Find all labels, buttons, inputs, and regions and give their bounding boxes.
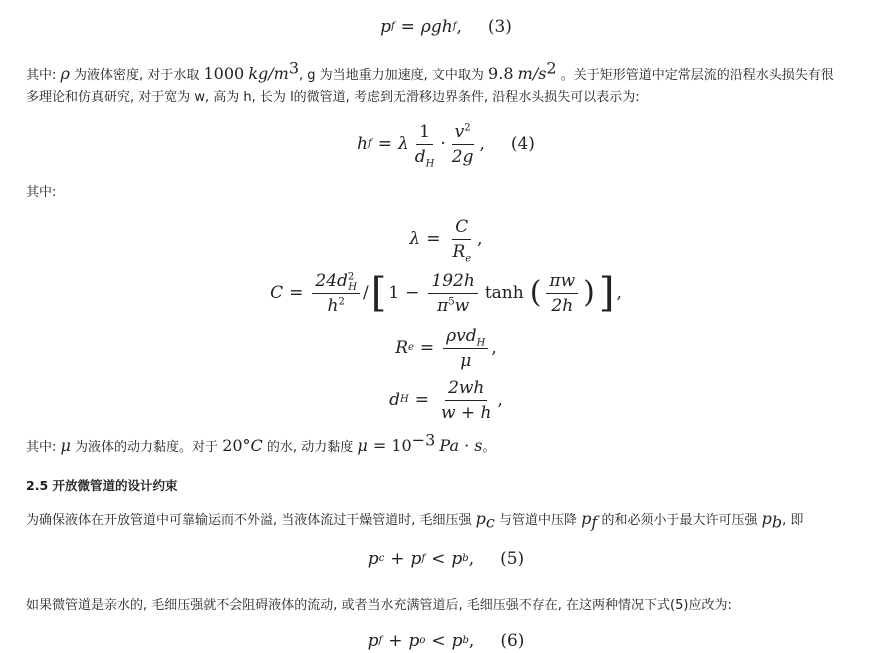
- water-density-value: 1000: [203, 64, 244, 83]
- subscript: f: [421, 553, 425, 564]
- numerator: 2wh: [445, 378, 487, 401]
- paragraph-hydrophilic: 如果微管道是亲水的, 毛细压强就不会阻碍液体的流动, 或者当水充满管道后, 毛细…: [26, 594, 886, 618]
- numerator: v2: [452, 122, 474, 145]
- r-symbol: R: [452, 242, 465, 262]
- one: 1: [388, 283, 399, 303]
- subscript: c: [486, 513, 495, 532]
- denominator-text: 2h: [551, 296, 573, 316]
- paragraph-where: 其中:: [26, 181, 886, 205]
- p-symbol: p: [411, 549, 422, 569]
- equation-4: hf = λ 1 dH · v2 2g , (4): [0, 118, 892, 170]
- equation-5: pc + pf < pb, (5): [0, 544, 892, 574]
- numerator: 24d2H: [312, 271, 360, 294]
- unit-exponent: 2: [546, 59, 556, 78]
- denominator: π5w: [434, 294, 472, 316]
- numerator: ρvdH: [443, 326, 488, 349]
- rho-symbol: ρ: [61, 64, 70, 83]
- subscript: b: [463, 635, 469, 646]
- eq6-tag: (6): [500, 631, 524, 651]
- lambda-symbol: λ: [409, 229, 420, 249]
- denominator-text: w + h: [441, 403, 492, 423]
- mu-symbol: μ: [460, 351, 471, 371]
- gravity-value: 9.8: [488, 64, 513, 83]
- paragraph-constraint: 为确保液体在开放管道中可靠输运而不外溢, 当液体流过干燥管道时, 毛细压强 pc…: [26, 507, 886, 533]
- p-symbol: p: [451, 549, 462, 569]
- subscript: o: [419, 635, 425, 646]
- denominator: h2: [325, 294, 348, 316]
- numerator-text: ρvd: [446, 326, 476, 346]
- subscript: e: [408, 342, 414, 353]
- eq5-tag: (5): [500, 549, 524, 569]
- denominator: 2h: [548, 294, 576, 316]
- right-paren: ): [583, 278, 595, 308]
- text: 的和必须小于最大许可压强: [597, 513, 761, 528]
- right-bracket: ]: [599, 273, 615, 313]
- equation-3: pf = ρghf, (3): [0, 12, 892, 42]
- celsius-unit: C: [251, 436, 263, 455]
- denominator-text: 2g: [452, 147, 474, 167]
- exponent: 2: [338, 296, 344, 307]
- eq4-tag: (4): [511, 134, 535, 154]
- text: , g 为当地重力加速度, 文中取为: [299, 68, 488, 83]
- fraction: 192h π5w: [428, 271, 477, 316]
- pi-symbol: π: [437, 296, 448, 316]
- paragraph-continued: 多理论和仿真研究, 对于宽为 w, 高为 h, 长为 l的微管道, 考虑到无滑移…: [26, 86, 886, 110]
- text: 其中:: [26, 440, 61, 455]
- text: 为液体密度, 对于水取: [70, 68, 204, 83]
- subscript: e: [465, 253, 471, 264]
- text: , 即: [782, 513, 803, 528]
- lambda-symbol: λ: [398, 134, 409, 154]
- exponent: −3: [412, 431, 436, 450]
- denominator: dH: [412, 145, 438, 167]
- numerator-text: πw: [549, 271, 575, 291]
- paragraph-viscosity: 其中: μ 为液体的动力黏度。对于 20°C 的水, 动力黏度 μ = 10−3…: [26, 434, 886, 460]
- mu-symbol: μ: [357, 436, 367, 455]
- fraction: v2 2g: [449, 122, 477, 167]
- equation-c: C = 24d2H h2 / [ 1 − 192h π5w tanh ( πw …: [0, 266, 892, 320]
- subscript: H: [348, 282, 357, 293]
- eq4-lhs: h: [357, 134, 368, 154]
- text: 与管道中压降: [495, 513, 581, 528]
- eq3-rhs-sub: f: [453, 21, 457, 32]
- text: 。关于矩形管道中定常层流的沿程水头损失有很: [557, 68, 834, 83]
- fraction: πw 2h: [546, 271, 578, 316]
- p-symbol: p: [368, 631, 379, 651]
- fraction: 24d2H h2: [312, 271, 360, 316]
- denominator: w + h: [438, 401, 495, 423]
- subscript: f: [378, 635, 382, 646]
- section-heading: 2.5 开放微管道的设计约束: [26, 476, 178, 494]
- left-paren: (: [530, 278, 542, 308]
- subscript: H: [426, 158, 435, 169]
- d-symbol: d: [389, 390, 400, 410]
- numerator: πw: [546, 271, 578, 294]
- denominator: Re: [449, 240, 474, 262]
- text: 的水, 动力黏度: [263, 440, 358, 455]
- fraction: C Re: [449, 217, 474, 262]
- eq3-lhs: p: [380, 17, 391, 37]
- gravity-unit: m/s: [518, 64, 547, 83]
- eq4-lhs-sub: f: [368, 138, 372, 149]
- exponent: 2: [348, 271, 354, 282]
- subscript: H: [400, 394, 409, 405]
- fraction: ρvdH μ: [443, 326, 488, 371]
- d-symbol: d: [415, 147, 426, 167]
- fraction: 1 dH: [412, 122, 438, 167]
- eq3-tag: (3): [488, 17, 512, 37]
- subscript: c: [379, 553, 385, 564]
- equation-hydraulic-diameter: dH = 2wh w + h ,: [0, 375, 892, 425]
- eq3-rhs: ρgh: [421, 17, 453, 37]
- equation-6: pf + po < pb, (6): [0, 626, 892, 653]
- subscript: b: [462, 553, 468, 564]
- p-symbol: p: [408, 631, 419, 651]
- temperature-value: 20°: [222, 436, 250, 455]
- equation-lambda: λ = C Re ,: [0, 214, 892, 264]
- tanh-function: tanh: [485, 283, 524, 303]
- mu-symbol: μ: [61, 436, 71, 455]
- text: 为确保液体在开放管道中可靠输运而不外溢, 当液体流过干燥管道时, 毛细压强: [26, 513, 476, 528]
- equation-reynolds: Re = ρvdH μ ,: [0, 323, 892, 373]
- numerator-text: 2wh: [448, 378, 484, 398]
- c-symbol: C: [455, 217, 468, 237]
- subscript: b: [772, 513, 782, 532]
- p-symbol: p: [762, 509, 772, 528]
- numerator: 1: [416, 122, 433, 145]
- numerator: C: [452, 217, 471, 240]
- text: 其中:: [26, 68, 61, 83]
- p-symbol: p: [452, 631, 463, 651]
- viscosity-unit: Pa · s: [439, 436, 482, 455]
- unit-exponent: 3: [289, 59, 299, 78]
- text: 为液体的动力黏度。对于: [71, 440, 222, 455]
- c-symbol: C: [270, 283, 283, 303]
- subscript: H: [477, 337, 486, 348]
- numerator-text: 192h: [431, 271, 474, 291]
- paragraph-density: 其中: ρ 为液体密度, 对于水取 1000 kg/m3, g 为当地重力加速度…: [26, 62, 886, 88]
- numerator-text: 24d: [315, 271, 348, 291]
- density-unit: kg/m: [248, 64, 289, 83]
- p-symbol: p: [476, 509, 486, 528]
- w-symbol: w: [455, 296, 470, 316]
- h-symbol: h: [328, 296, 339, 316]
- numerator: 192h: [428, 271, 477, 294]
- v-symbol: v: [455, 122, 465, 142]
- exponent: 2: [464, 122, 470, 133]
- denominator: 2g: [449, 145, 477, 167]
- denominator: μ: [457, 349, 474, 371]
- left-bracket: [: [371, 273, 387, 313]
- fraction: 2wh w + h: [438, 378, 495, 423]
- p-symbol: p: [581, 509, 591, 528]
- viscosity-value: = 10: [368, 436, 412, 455]
- text: 。: [482, 440, 495, 455]
- p-symbol: p: [368, 549, 379, 569]
- r-symbol: R: [395, 338, 408, 358]
- eq3-lhs-sub: f: [391, 21, 395, 32]
